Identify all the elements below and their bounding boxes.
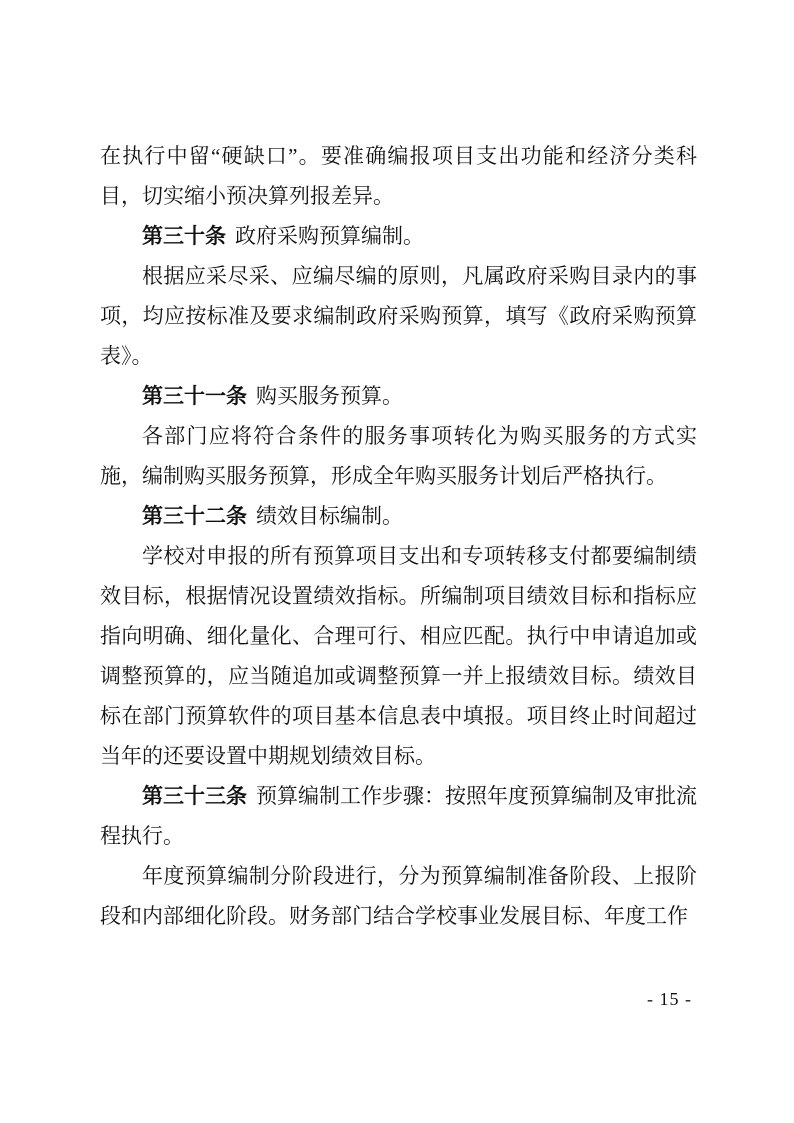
- paragraph: 年度预算编制分阶段进行，分为预算编制准备阶段、上报阶段和内部细化阶段。财务部门结…: [100, 856, 697, 936]
- article-paragraph: 第三十条政府采购预算编制。: [100, 216, 697, 256]
- article-number: 第三十三条: [142, 784, 247, 808]
- paragraph: 根据应采尽采、应编尽编的原则，凡属政府采购目录内的事项，均应按标准及要求编制政府…: [100, 256, 697, 376]
- paragraph-text: 在执行中留“硬缺口”。要准确编报项目支出功能和经济分类科目，切实缩小预决算列报差…: [100, 144, 697, 208]
- paragraph: 各部门应将符合条件的服务事项转化为购买服务的方式实施，编制购买服务预算，形成全年…: [100, 416, 697, 496]
- article-paragraph: 第三十二条绩效目标编制。: [100, 496, 697, 536]
- article-paragraph: 第三十一条购买服务预算。: [100, 376, 697, 416]
- article-number: 第三十一条: [142, 384, 247, 408]
- paragraph-text: 各部门应将符合条件的服务事项转化为购买服务的方式实施，编制购买服务预算，形成全年…: [100, 424, 697, 488]
- article-title: 购买服务预算。: [256, 384, 403, 408]
- paragraph: 在执行中留“硬缺口”。要准确编报项目支出功能和经济分类科目，切实缩小预决算列报差…: [100, 136, 697, 216]
- paragraph-text: 根据应采尽采、应编尽编的原则，凡属政府采购目录内的事项，均应按标准及要求编制政府…: [100, 264, 697, 368]
- paragraph-text: 年度预算编制分阶段进行，分为预算编制准备阶段、上报阶段和内部细化阶段。财务部门结…: [100, 864, 697, 928]
- article-paragraph: 第三十三条预算编制工作步骤：按照年度预算编制及审批流程执行。: [100, 776, 697, 856]
- article-title: 绩效目标编制。: [256, 504, 403, 528]
- document-page: 在执行中留“硬缺口”。要准确编报项目支出功能和经济分类科目，切实缩小预决算列报差…: [0, 0, 794, 1123]
- document-body: 在执行中留“硬缺口”。要准确编报项目支出功能和经济分类科目，切实缩小预决算列报差…: [100, 136, 697, 936]
- paragraph: 学校对申报的所有预算项目支出和专项转移支付都要编制绩效目标，根据情况设置绩效指标…: [100, 536, 697, 776]
- paragraph-text: 学校对申报的所有预算项目支出和专项转移支付都要编制绩效目标，根据情况设置绩效指标…: [100, 544, 697, 768]
- page-number: - 15 -: [647, 988, 692, 1010]
- article-number: 第三十二条: [142, 504, 247, 528]
- article-title: 政府采购预算编制。: [235, 224, 424, 248]
- article-number: 第三十条: [142, 224, 226, 248]
